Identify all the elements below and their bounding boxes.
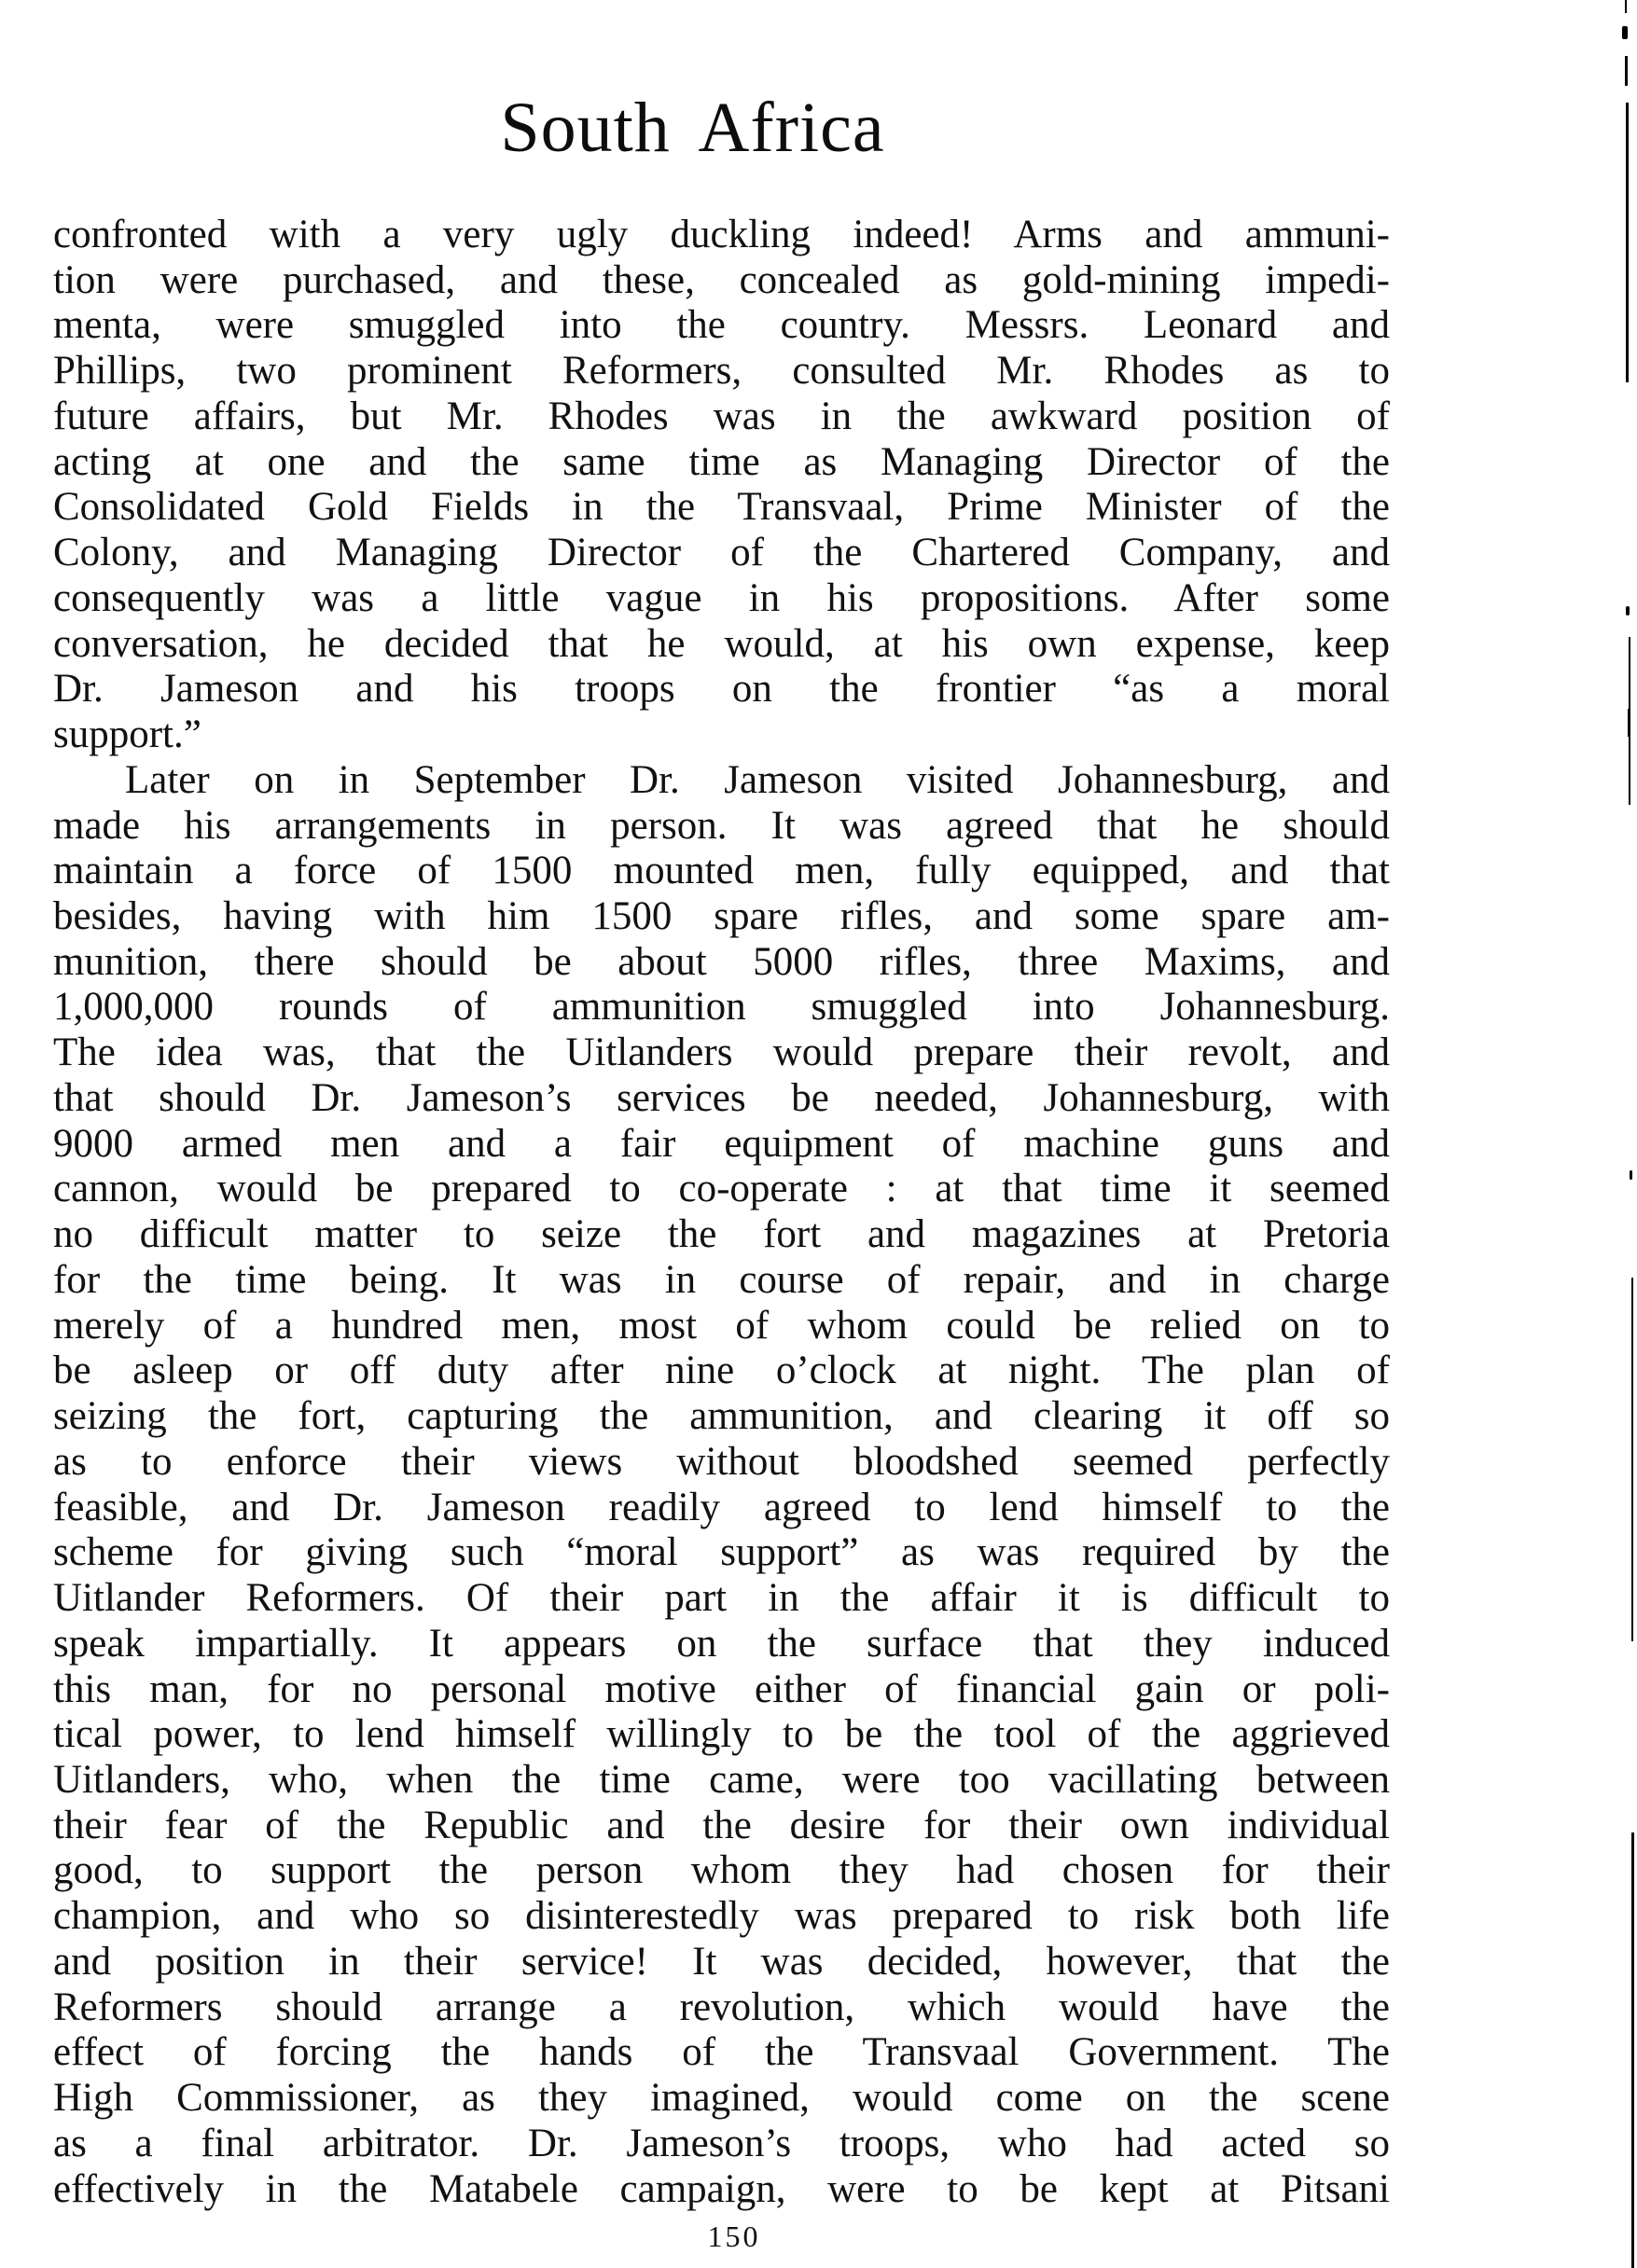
text-line: and position in their service! It was de… bbox=[53, 1940, 1390, 1985]
paragraph-end-line: support.” bbox=[53, 712, 1390, 758]
text-line: champion, and who so disinterestedly was… bbox=[53, 1894, 1390, 1940]
page-title: South Africa bbox=[0, 86, 1385, 171]
scan-edge-mark bbox=[1625, 0, 1627, 13]
text-line: feasible, and Dr. Jameson readily agreed… bbox=[53, 1486, 1390, 1531]
text-line: tical power, to lend himself willingly t… bbox=[53, 1712, 1390, 1758]
text-line: Uitlanders, who, when the time came, wer… bbox=[53, 1758, 1390, 1804]
text-line: 1,000,000 rounds of ammunition smuggled … bbox=[53, 985, 1390, 1030]
scan-edge-mark bbox=[1622, 26, 1628, 39]
text-line: munition, there should be about 5000 rif… bbox=[53, 940, 1390, 986]
text-line: confronted with a very ugly duckling ind… bbox=[53, 213, 1390, 258]
text-line: 9000 armed men and a fair equipment of m… bbox=[53, 1122, 1390, 1168]
scan-edge-mark bbox=[1631, 1832, 1634, 2268]
text-line: made his arrangements in person. It was … bbox=[53, 804, 1390, 850]
scan-edge-mark bbox=[1630, 1170, 1632, 1180]
text-line: for the time being. It was in course of … bbox=[53, 1258, 1390, 1304]
text-line: effectively in the Matabele campaign, we… bbox=[53, 2167, 1390, 2213]
page-number: 150 bbox=[690, 2221, 778, 2251]
scan-edge-mark bbox=[1626, 606, 1630, 615]
text-line: cannon, would be prepared to co-operate … bbox=[53, 1167, 1390, 1212]
text-line: merely of a hundred men, most of whom co… bbox=[53, 1304, 1390, 1349]
paragraph-start-line: Later on in September Dr. Jameson visite… bbox=[53, 758, 1390, 804]
text-line: future affairs, but Mr. Rhodes was in th… bbox=[53, 394, 1390, 440]
text-line: no difficult matter to seize the fort an… bbox=[53, 1212, 1390, 1258]
text-line: maintain a force of 1500 mounted men, fu… bbox=[53, 849, 1390, 894]
text-line: menta, were smuggled into the country. M… bbox=[53, 303, 1390, 349]
text-line: good, to support the person whom they ha… bbox=[53, 1848, 1390, 1894]
text-line: as to enforce their views without bloods… bbox=[53, 1440, 1390, 1486]
text-line: be asleep or off duty after nine o’clock… bbox=[53, 1348, 1390, 1394]
scan-edge-mark bbox=[1628, 709, 1630, 737]
text-line: as a final arbitrator. Dr. Jameson’s tro… bbox=[53, 2122, 1390, 2167]
text-line: consequently was a little vague in his p… bbox=[53, 576, 1390, 622]
text-line: Consolidated Gold Fields in the Transvaa… bbox=[53, 485, 1390, 531]
text-line: Phillips, two prominent Reformers, consu… bbox=[53, 349, 1390, 394]
text-line: High Commissioner, as they imagined, wou… bbox=[53, 2076, 1390, 2122]
scan-edge-mark bbox=[1631, 1278, 1633, 1641]
text-line: besides, having with him 1500 spare rifl… bbox=[53, 894, 1390, 940]
text-line: that should Dr. Jameson’s services be ne… bbox=[53, 1076, 1390, 1122]
body-text: confronted with a very ugly duckling ind… bbox=[53, 213, 1390, 2212]
text-line: Reformers should arrange a revolution, w… bbox=[53, 1985, 1390, 2031]
scan-edge-mark bbox=[1625, 56, 1628, 86]
text-line: acting at one and the same time as Manag… bbox=[53, 440, 1390, 486]
text-line: Dr. Jameson and his troops on the fronti… bbox=[53, 667, 1390, 712]
text-line: seizing the fort, capturing the ammuniti… bbox=[53, 1394, 1390, 1440]
text-line: effect of forcing the hands of the Trans… bbox=[53, 2030, 1390, 2076]
text-line: The idea was, that the Uitlanders would … bbox=[53, 1030, 1390, 1076]
text-line: this man, for no personal motive either … bbox=[53, 1667, 1390, 1713]
text-line: scheme for giving such “moral support” a… bbox=[53, 1530, 1390, 1576]
text-line: their fear of the Republic and the desir… bbox=[53, 1804, 1390, 1849]
text-line: conversation, he decided that he would, … bbox=[53, 622, 1390, 668]
text-line: Colony, and Managing Director of the Cha… bbox=[53, 531, 1390, 576]
text-line: speak impartially. It appears on the sur… bbox=[53, 1622, 1390, 1667]
text-line: tion were purchased, and these, conceale… bbox=[53, 258, 1390, 304]
text-line: Uitlander Reformers. Of their part in th… bbox=[53, 1576, 1390, 1622]
scan-edge-mark bbox=[1626, 103, 1629, 382]
